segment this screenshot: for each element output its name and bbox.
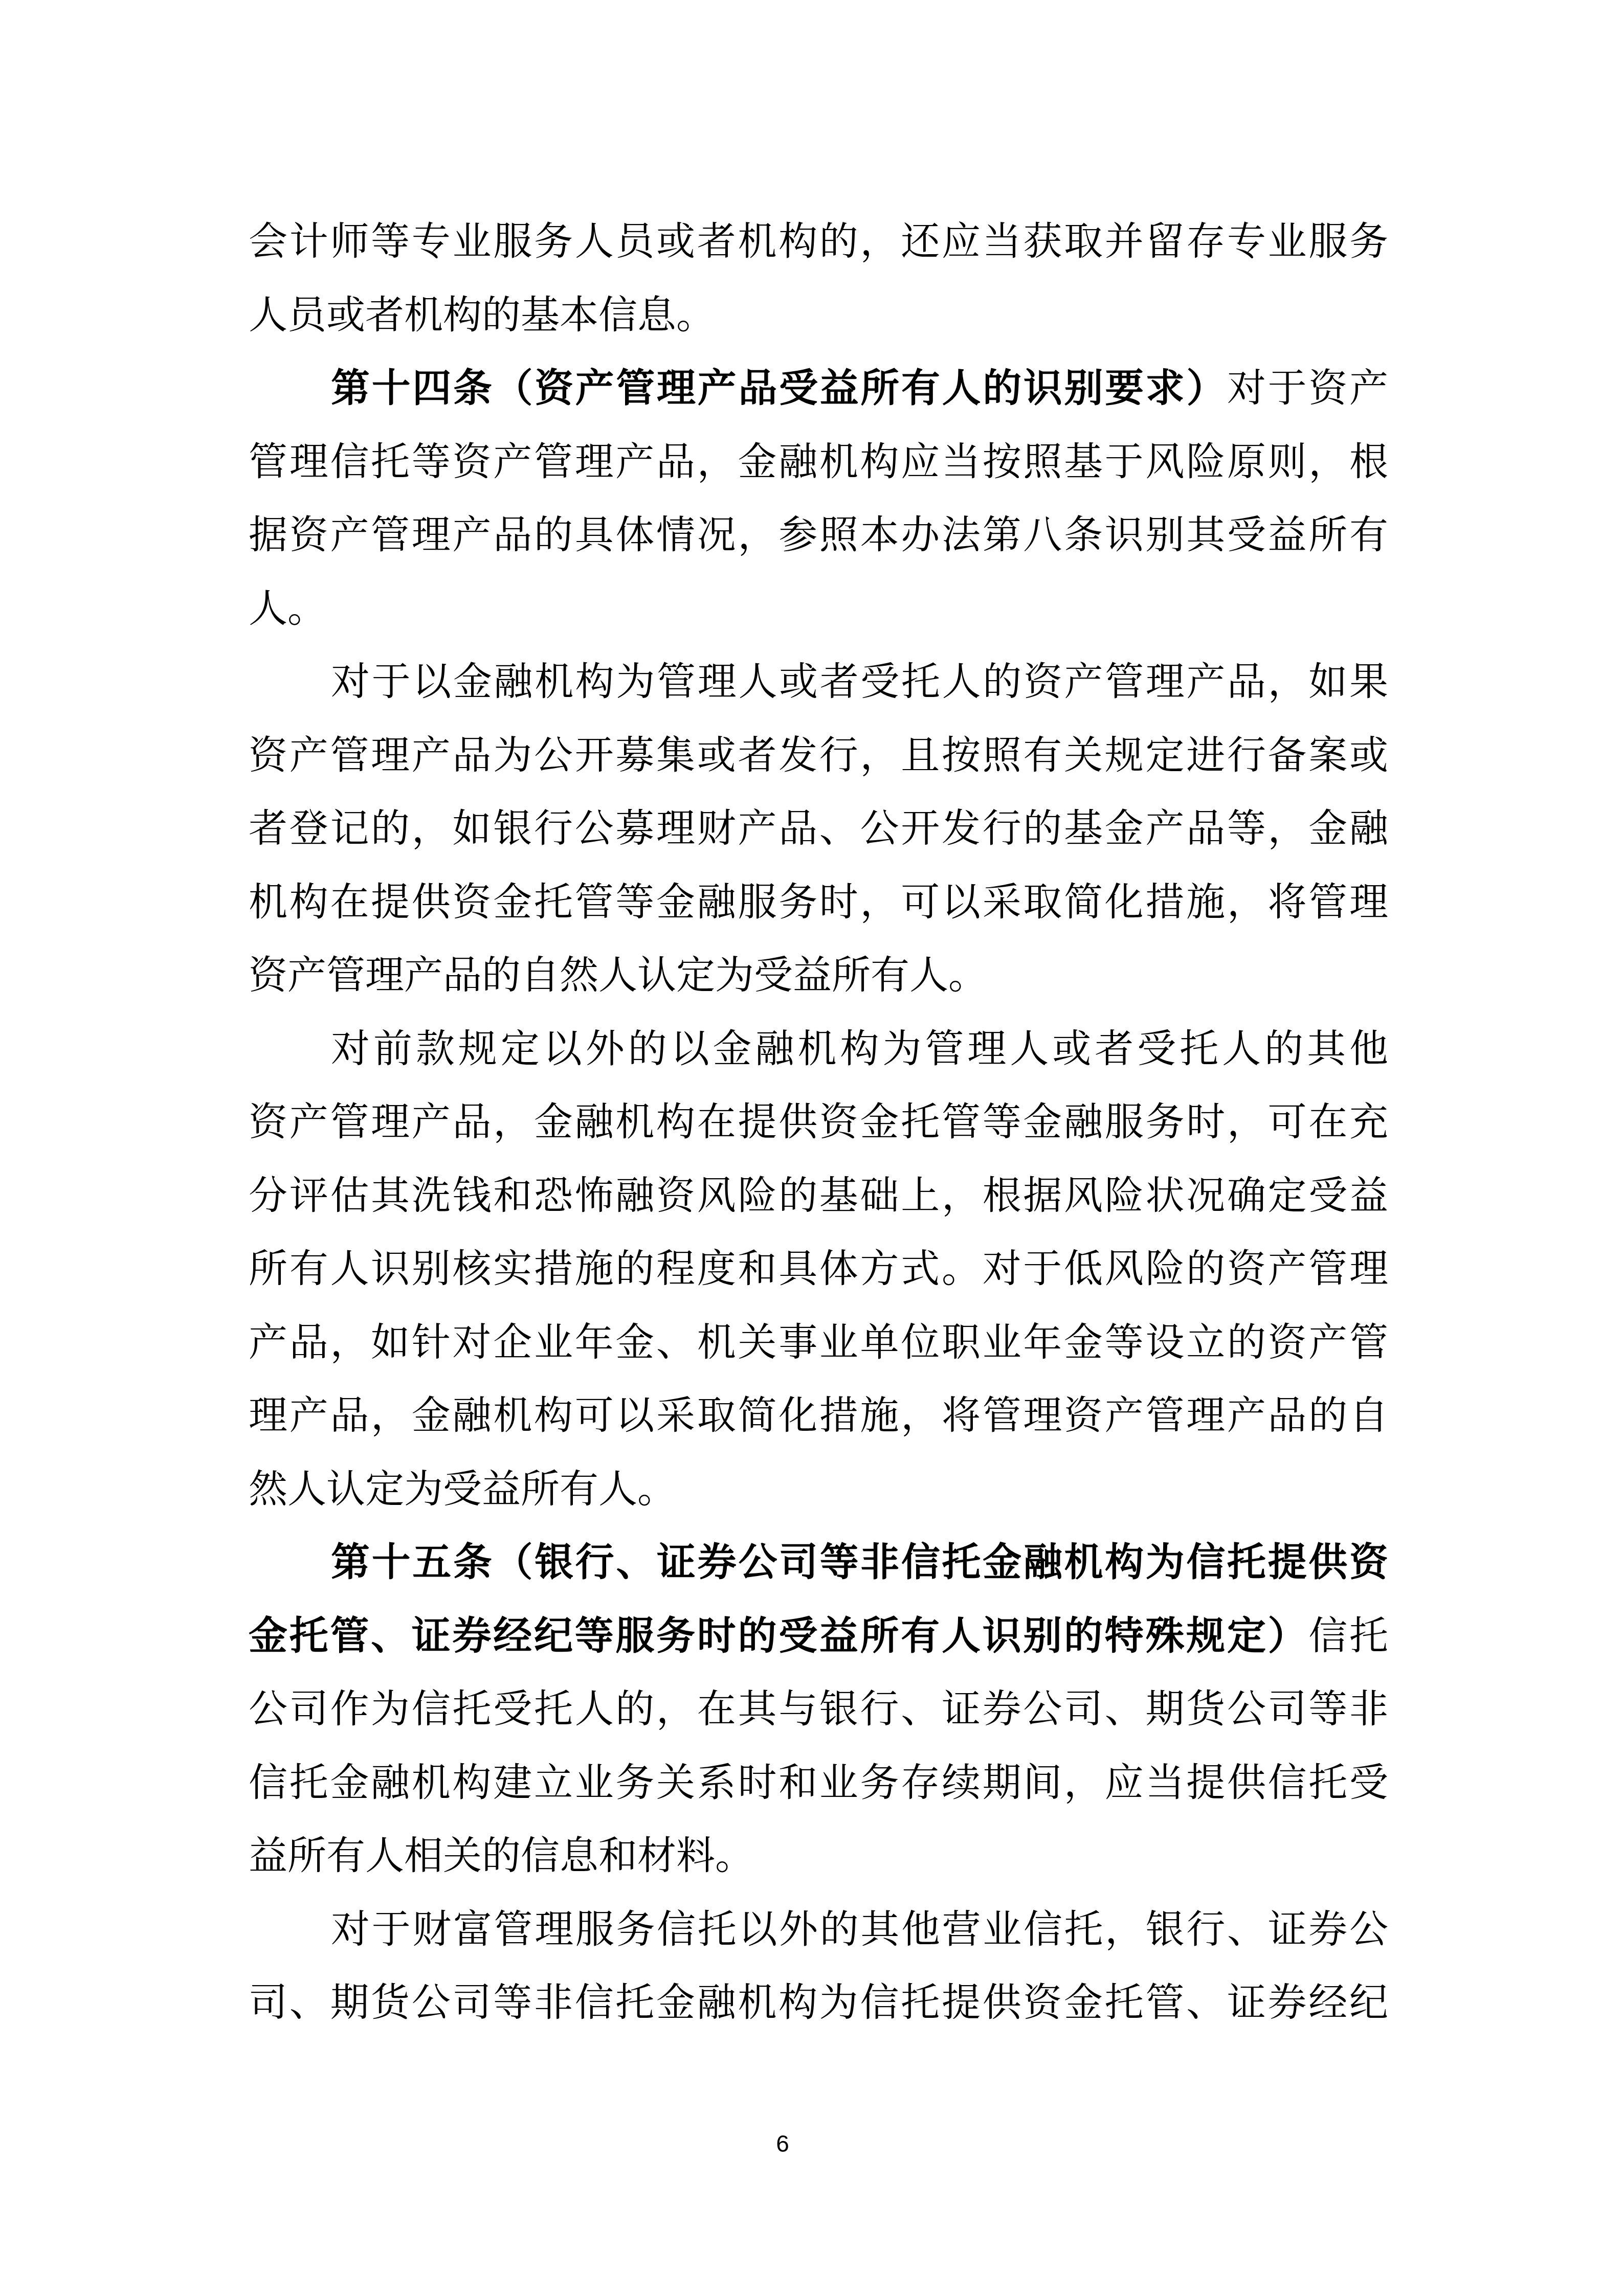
text-line: 信托金融机构建立业务关系时和业务存续期间，应当提供信托受 <box>249 1746 1388 1819</box>
text-line: 公司作为信托受托人的，在其与银行、证券公司、期货公司等非 <box>249 1672 1388 1746</box>
document-page: 会计师等专业服务人员或者机构的，还应当获取并留存专业服务 人员或者机构的基本信息… <box>0 0 1624 2296</box>
text-line: 然人认定为受益所有人。 <box>249 1452 1388 1526</box>
article-14-first-line: 第十四条（资产管理产品受益所有人的识别要求）对于资产 <box>249 351 1388 425</box>
text-fragment: 对于资产 <box>1227 365 1388 411</box>
article-14-heading: 第十四条（资产管理产品受益所有人的识别要求） <box>331 365 1227 411</box>
text-line: 理产品，金融机构可以采取简化措施，将管理资产管理产品的自 <box>249 1379 1388 1452</box>
text-line: 管理信托等资产管理产品，金融机构应当按照基于风险原则，根 <box>249 425 1388 499</box>
text-line: 对于财富管理服务信托以外的其他营业信托，银行、证券公 <box>249 1893 1388 1966</box>
text-line: 对于以金融机构为管理人或者受托人的资产管理产品，如果 <box>249 645 1388 718</box>
text-line: 对前款规定以外的以金融机构为管理人或者受托人的其他 <box>249 1012 1388 1086</box>
text-line: 资产管理产品的自然人认定为受益所有人。 <box>249 938 1388 1012</box>
text-line: 所有人识别核实措施的程度和具体方式。对于低风险的资产管理 <box>249 1232 1388 1305</box>
text-line: 者登记的，如银行公募理财产品、公开发行的基金产品等，金融 <box>249 792 1388 865</box>
article-15-heading-line: 第十五条（银行、证券公司等非信托金融机构为信托提供资 <box>249 1525 1388 1599</box>
page-number: 6 <box>767 2130 798 2157</box>
article-15-heading-line-2: 金托管、证券经纪等服务时的受益所有人识别的特殊规定）信托 <box>249 1599 1388 1673</box>
text-line: 机构在提供资金托管等金融服务时，可以采取简化措施，将管理 <box>249 865 1388 939</box>
text-line: 资产管理产品为公开募集或者发行，且按照有关规定进行备案或 <box>249 718 1388 792</box>
text-line: 会计师等专业服务人员或者机构的，还应当获取并留存专业服务 <box>249 205 1388 278</box>
text-line: 分评估其洗钱和恐怖融资风险的基础上，根据风险状况确定受益 <box>249 1159 1388 1232</box>
text-line: 产品，如针对企业年金、机关事业单位职业年金等设立的资产管 <box>249 1305 1388 1379</box>
text-line: 人。 <box>249 572 1388 645</box>
text-line: 人员或者机构的基本信息。 <box>249 278 1388 352</box>
text-line: 司、期货公司等非信托金融机构为信托提供资金托管、证券经纪 <box>249 1966 1388 2039</box>
document-body: 会计师等专业服务人员或者机构的，还应当获取并留存专业服务 人员或者机构的基本信息… <box>249 205 1388 2039</box>
text-line: 益所有人相关的信息和材料。 <box>249 1819 1388 1893</box>
text-line: 资产管理产品，金融机构在提供资金托管等金融服务时，可在充 <box>249 1085 1388 1159</box>
text-line: 据资产管理产品的具体情况，参照本办法第八条识别其受益所有 <box>249 498 1388 572</box>
text-fragment: 信托 <box>1308 1613 1388 1658</box>
article-15-heading: 金托管、证券经纪等服务时的受益所有人识别的特殊规定） <box>249 1613 1308 1658</box>
